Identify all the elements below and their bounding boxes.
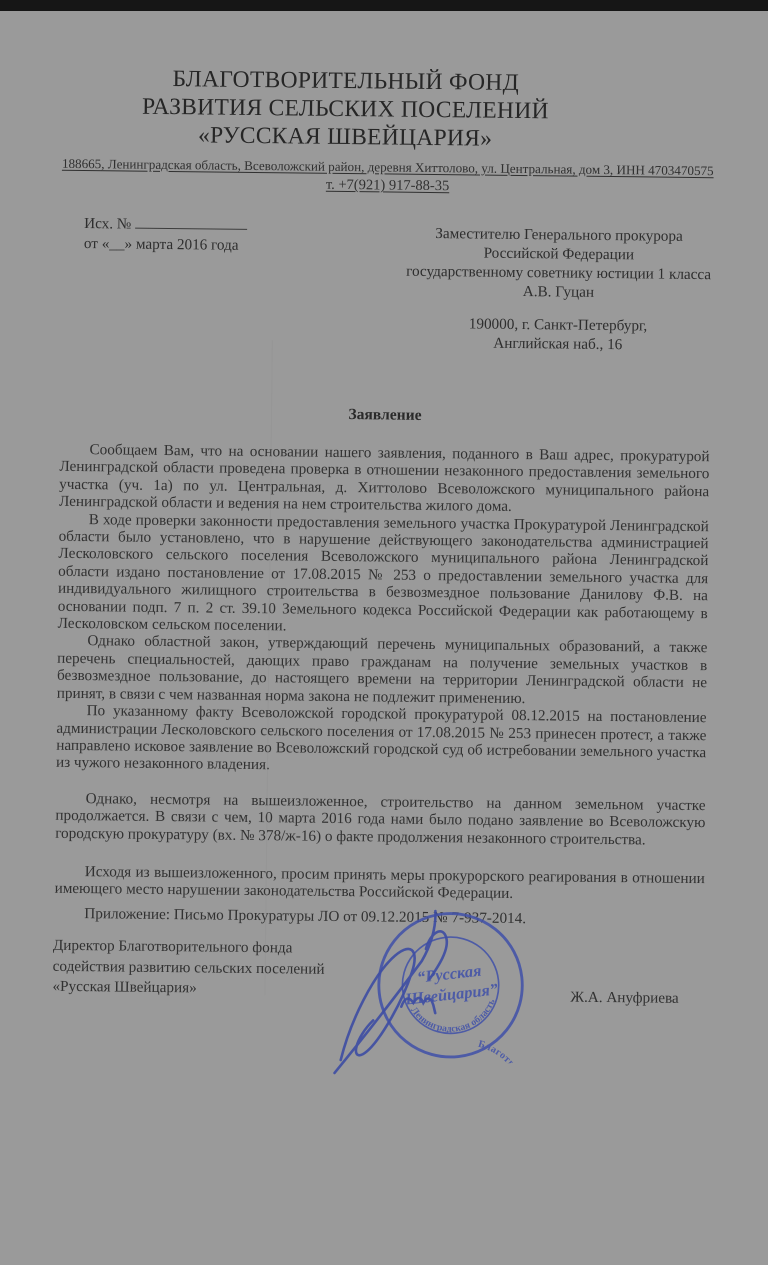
outgoing-date-line: от «__» марта 2016 года: [84, 234, 247, 256]
signature-position-line: Директор Благотворительного фонда: [53, 936, 325, 960]
signatory-name: Ж.А. Ануфриева: [570, 989, 678, 1008]
document-content: БЛАГОТВОРИТЕЛЬНЫЙ ФОНД РАЗВИТИЯ СЕЛЬСКИХ…: [0, 0, 768, 1265]
letterhead-contacts: 188665, Ленинградская область, Всеволожс…: [30, 153, 746, 199]
paragraph: Сообщаем Вам, что на основании нашего за…: [59, 441, 710, 518]
outgoing-number-blank: [135, 215, 247, 230]
paragraph: По указанному факту Всеволожской городск…: [56, 702, 707, 779]
paragraph: Однако, несмотря на вышеизложенное, стро…: [55, 789, 706, 849]
recipient-address-block: 190000, г. Санкт-Петербург, Английская н…: [398, 314, 718, 356]
signature-position-block: Директор Благотворительного фонда содейс…: [52, 936, 324, 1001]
recipient-line: государственному советнику юстиции 1 кла…: [399, 262, 719, 285]
handwritten-signature: [324, 888, 516, 1090]
paragraph: В ходе проверки законности предоставлени…: [58, 510, 709, 639]
recipient-line: Заместителю Генерального прокурора: [399, 224, 719, 247]
recipient-block: Заместителю Генерального прокурора Росси…: [398, 224, 719, 304]
recipient-line: А.В. Гуцан: [398, 281, 718, 304]
letter-body: Сообщаем Вам, что на основании нашего за…: [55, 441, 710, 905]
outgoing-reference-block: Исх. № от «__» марта 2016 года: [84, 214, 247, 256]
letterhead-phone: т. +7(921) 917-88-35: [326, 177, 450, 194]
subject-heading: Заявление: [60, 403, 710, 428]
recipient-address-line: Английская наб., 16: [398, 333, 718, 356]
letterhead-title: БЛАГОТВОРИТЕЛЬНЫЙ ФОНД РАЗВИТИЯ СЕЛЬСКИХ…: [58, 64, 633, 155]
scanned-letter-page: БЛАГОТВОРИТЕЛЬНЫЙ ФОНД РАЗВИТИЯ СЕЛЬСКИХ…: [0, 0, 768, 1265]
outgoing-number-label: Исх. №: [84, 215, 131, 233]
paragraph: Однако областной закон, утверждающий пер…: [57, 632, 708, 709]
signature-position-line: «Русская Швейцария»: [52, 977, 324, 1001]
